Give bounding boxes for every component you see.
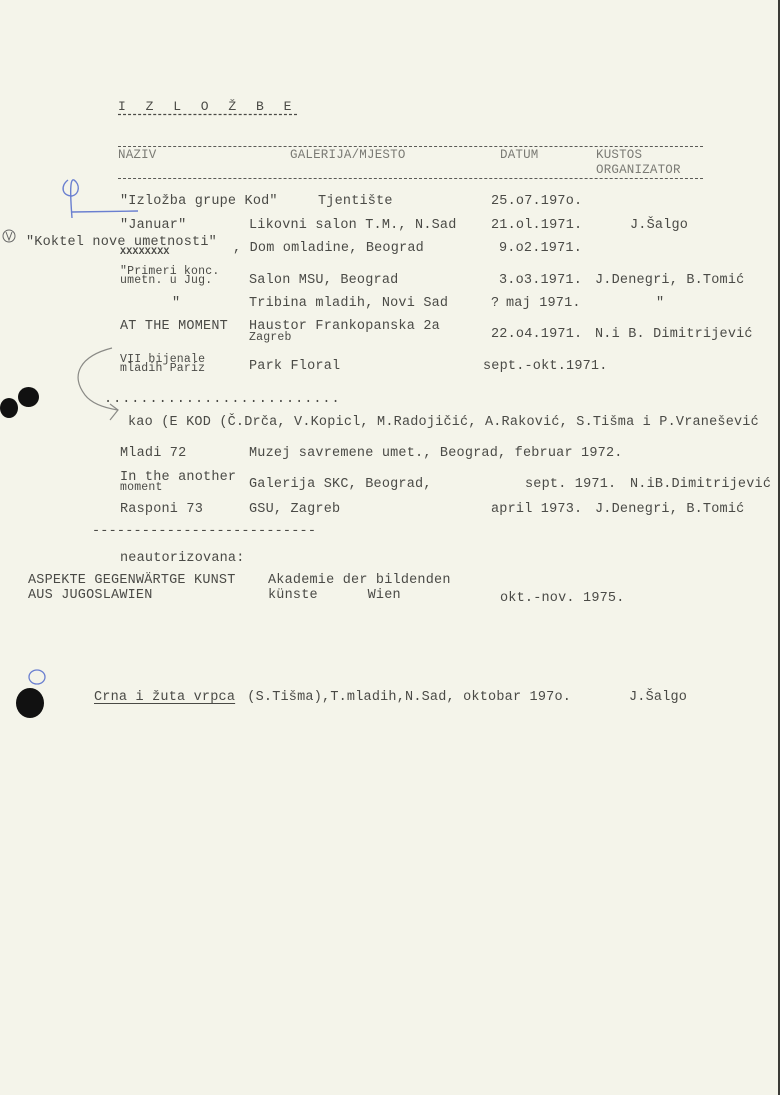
punch-hole	[0, 398, 18, 418]
punch-hole	[18, 387, 39, 407]
document-page: I Z L O Ž B E NAZIV GALERIJA/MJESTO DATU…	[0, 0, 780, 1095]
punch-hole	[16, 688, 44, 718]
handwritten-annotations	[0, 0, 780, 1095]
